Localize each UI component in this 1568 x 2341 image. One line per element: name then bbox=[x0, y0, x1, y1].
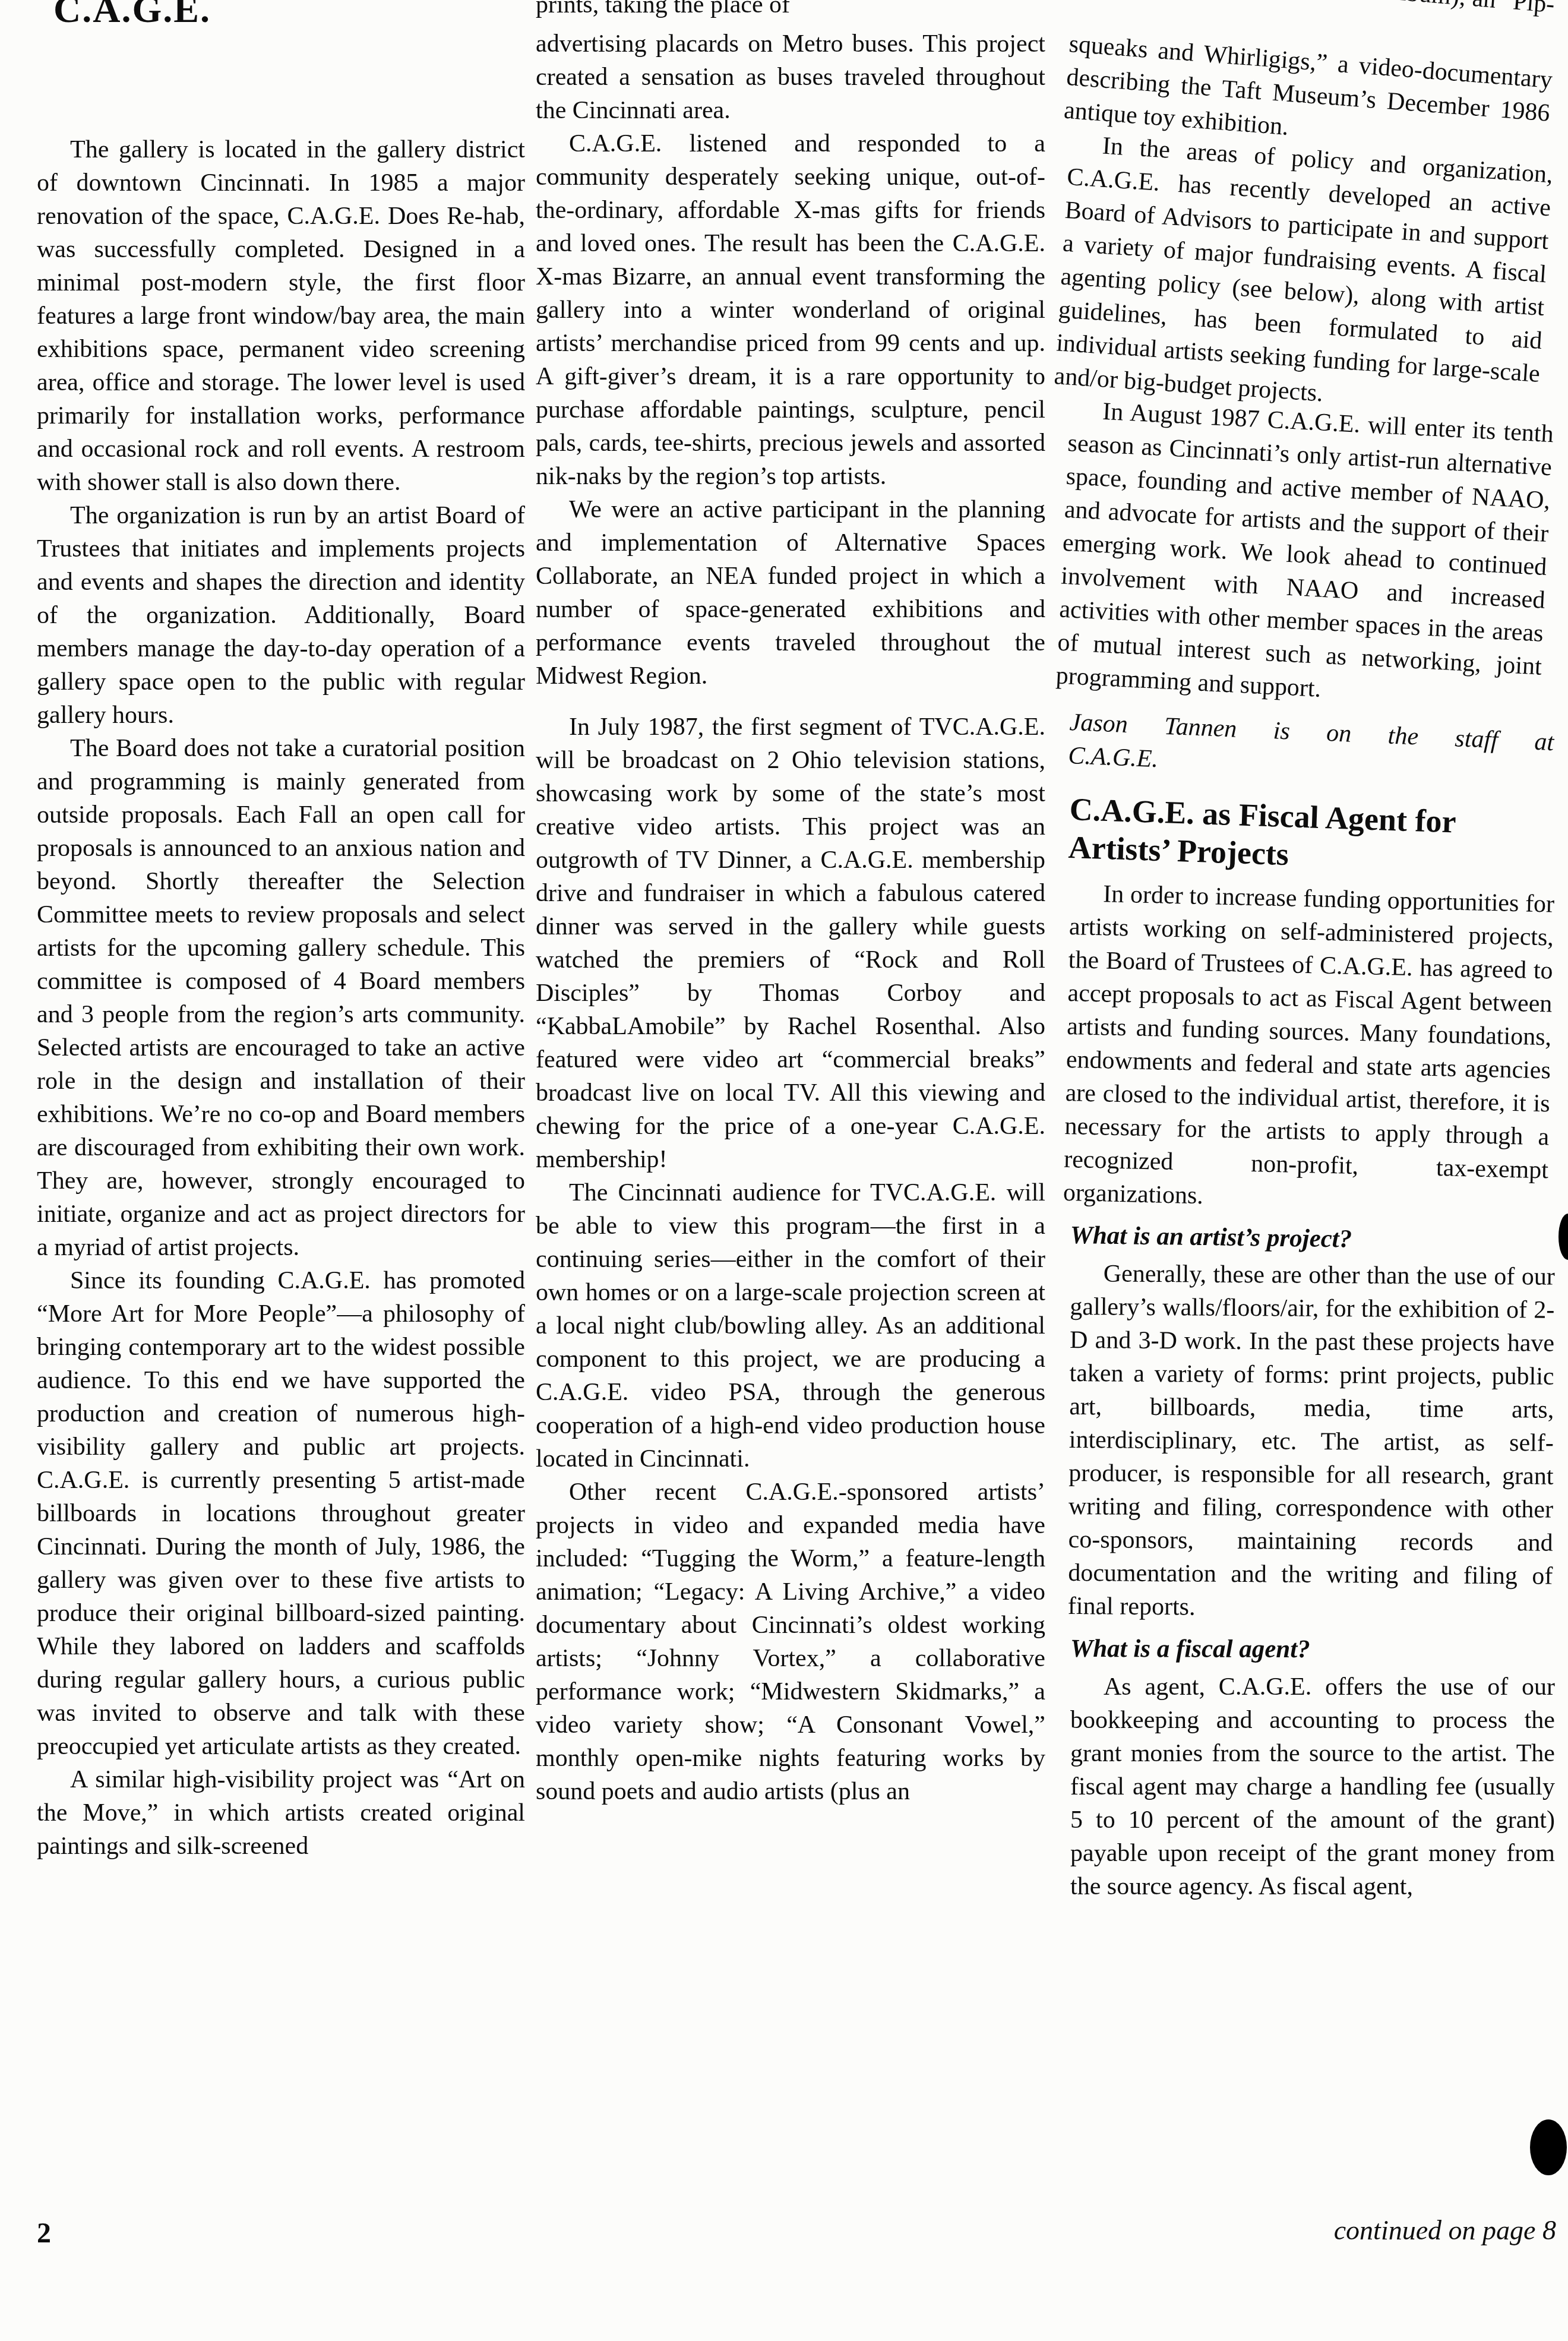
right-column: record album); an “Pip- squeaks and Whir… bbox=[1070, 0, 1555, 1903]
byline: Jason Tannen is on the staff at C.A.G.E. bbox=[1067, 706, 1554, 792]
clipped-top-line: record album); an “Pip- bbox=[1070, 0, 1555, 19]
clipped-line-text: prints, taking the place of bbox=[536, 0, 1045, 19]
page-number: 2 bbox=[37, 2217, 51, 2250]
right-paragraph-tenth-season: In August 1987 C.A.G.E. will enter its t… bbox=[1055, 393, 1554, 717]
mid-paragraph-tvcage-broadcast: In July 1987, the first segment of TVC.A… bbox=[536, 710, 1045, 1176]
continued-note: continued on page 8 bbox=[1069, 2214, 1556, 2246]
left-paragraph-board-proposals: The Board does not take a curatorial pos… bbox=[37, 732, 525, 1264]
right-paragraph-agent-definition: As agent, C.A.G.E. offers the use of our… bbox=[1070, 1670, 1555, 1903]
scan-artifact-blob-icon bbox=[1558, 1214, 1568, 1260]
right-paragraph-fiscal-intro: In order to increase funding opportuniti… bbox=[1063, 877, 1554, 1220]
right-paragraph-policy: In the areas of policy and organization,… bbox=[1053, 127, 1554, 424]
mid-paragraph-alternative-spaces: We were an active participant in the pla… bbox=[536, 493, 1045, 693]
scan-artifact-blob-icon bbox=[1530, 2119, 1567, 2175]
right-paragraph-project-definition: Generally, these are other than the use … bbox=[1068, 1257, 1555, 1626]
left-paragraph-organization: The organization is run by an artist Boa… bbox=[37, 499, 525, 732]
section-heading-fiscal-agent: C.A.G.E. as Fiscal Agent for Artists’ Pr… bbox=[1068, 790, 1486, 880]
left-paragraph-more-art: Since its founding C.A.G.E. has promoted… bbox=[37, 1264, 525, 1763]
mid-paragraph-other-projects: Other recent C.A.G.E.-sponsored artists’… bbox=[536, 1476, 1045, 1808]
subheading-artists-project: What is an artist’s project? bbox=[1070, 1219, 1555, 1259]
mid-paragraph-cincinnati-audience: The Cincinnati audience for TVC.A.G.E. w… bbox=[536, 1176, 1045, 1476]
left-paragraph-art-on-the-move: A similar high-visibility project was “A… bbox=[37, 1763, 525, 1863]
subheading-fiscal-agent: What is a fiscal agent? bbox=[1070, 1632, 1555, 1667]
mid-paragraph-xmas-bizarre: C.A.G.E. listened and responded to a com… bbox=[536, 127, 1045, 493]
middle-column: prints, taking the place of advertising … bbox=[536, 0, 1045, 1808]
mid-paragraph-metro-buses: advertising placards on Metro buses. Thi… bbox=[536, 27, 1045, 127]
clipped-line-text: record album); an “Pip- bbox=[1070, 0, 1555, 19]
clipped-top-line: prints, taking the place of bbox=[536, 0, 1045, 19]
left-paragraph-gallery-location: The gallery is located in the gallery di… bbox=[37, 133, 525, 499]
page-title: C.A.G.E. bbox=[53, 0, 525, 29]
left-column: C.A.G.E. The gallery is located in the g… bbox=[37, 0, 525, 1863]
